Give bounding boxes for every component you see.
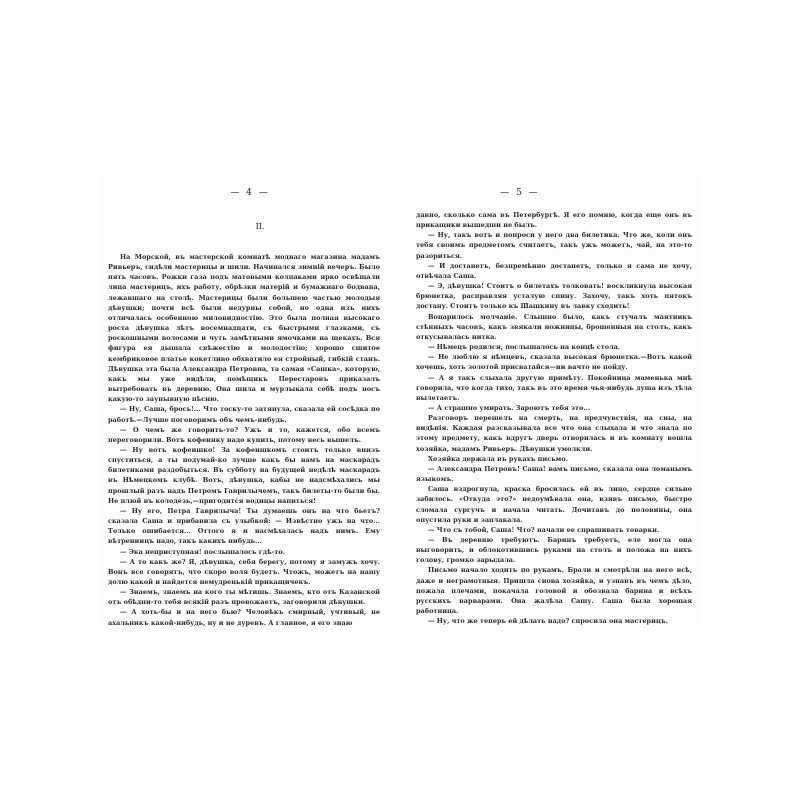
page-text: На Морской, въ мастерской комнатѣ моднаг… [108, 252, 380, 628]
left-page: — 4 — II. На Морской, въ мастерской комн… [100, 176, 400, 624]
paragraph: — Ну его, Петра Гаврилыча! Ты думаешь он… [108, 506, 380, 547]
paragraph: — Ну, такъ вотъ и попроси у него два бил… [416, 230, 692, 260]
page-number: — 5 — [410, 188, 630, 198]
paragraph: — А я такъ слыхала другую примѣту. Покой… [416, 373, 692, 403]
paragraph: Хозяйка держала въ рукахъ письмо. [416, 454, 692, 464]
right-page: — 5 — давно, сколько сама въ Петербургѣ.… [400, 176, 700, 624]
paragraph: — Эка неприступная! послышалось гдѣ-то. [108, 547, 380, 557]
paragraph: — Александра Петровъ! Саша! вамъ письмо,… [416, 464, 692, 484]
paragraph: — А то какъ же? Я, дѣвушка, себя берегу,… [108, 557, 380, 587]
chapter-heading: II. [140, 222, 380, 231]
page-number: — 4 — [140, 188, 360, 198]
book-spread: — 4 — II. На Морской, въ мастерской комн… [100, 176, 700, 624]
paragraph: — Въ деревню требуютъ. Баринъ требуетъ, … [416, 535, 692, 565]
paragraph: — Ну, что же теперь ей дѣлать надо? спро… [416, 616, 692, 626]
page-text: давно, сколько сама въ Петербургѣ. Я его… [416, 210, 692, 626]
paragraph: Воцарилось молчаніе. Слышно было, какъ с… [416, 312, 692, 342]
paragraph: — И достанетъ, безпремѣнно достанетъ, то… [416, 261, 692, 281]
paragraph: Саша вздрогнула, краска бросилась ей въ … [416, 484, 692, 525]
paragraph: — А страшно умирать. Зароютъ тебя это... [416, 403, 692, 413]
paragraph: — Ну, Саша, брось!... Что тоску-то затян… [108, 404, 380, 424]
paragraph: — Не люблю я нѣмцевъ, сказала высокая бр… [416, 352, 692, 372]
paragraph: — Знаемъ, знаемъ на кого ты мѣтишь. Знае… [108, 587, 380, 607]
paragraph: Разговоръ перешелъ на смерть, на предчув… [416, 413, 692, 454]
paragraph: — А хоть-бы и на него бью? Человѣкъ смир… [108, 607, 380, 627]
paragraph: — Э, дѣвушка! Стоитъ о билетахъ толковат… [416, 281, 692, 311]
paragraph: На Морской, въ мастерской комнатѣ моднаг… [108, 252, 380, 404]
paragraph: Письмо начало ходить по рукамъ. Брали и … [416, 565, 692, 616]
paragraph: давно, сколько сама въ Петербургѣ. Я его… [416, 210, 692, 230]
paragraph: — Что съ тобой, Саша! Что? начали ее спр… [416, 525, 692, 535]
paragraph: — Нѣмецъ родился, послышалось на концѣ с… [416, 342, 692, 352]
paragraph: — О чемъ же говорить-то? Ужъ и то, кажет… [108, 425, 380, 445]
paragraph: — Ну вотъ кофеишко! За кофеишкомъ стоитъ… [108, 445, 380, 506]
